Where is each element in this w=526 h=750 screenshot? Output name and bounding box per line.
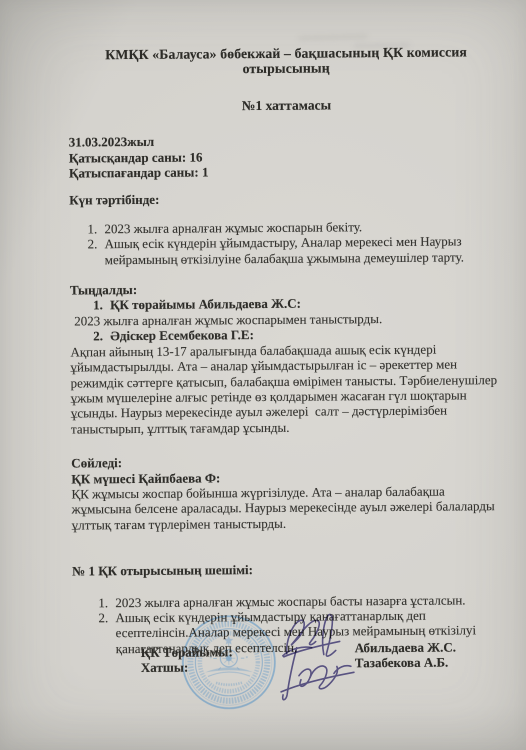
list-number: 2. <box>87 236 104 267</box>
heard-section: Тыңдалды: 1. ҚК төрайымы Абильдаева Ж.С:… <box>70 279 507 436</box>
secretary-label: Хатшы: <box>141 660 189 676</box>
speaker-statement-paragraph: ҚК жұмысы жоспар бойынша жүргізілуде. Ат… <box>71 483 507 533</box>
speaker-title: Әдіскер Есембекова Г.Е: <box>110 327 254 344</box>
secretary-name: Тазабекова А.Б. <box>355 655 449 672</box>
meta-block: 31.03.2023жыл Қатысқандар саны: 16 Қатыс… <box>69 131 505 181</box>
decision-heading: № 1 ҚК отырысының шешімі: <box>72 560 508 579</box>
document-content: КМҚК «Балауса» бөбекжай – бақшасының ҚК … <box>68 44 509 657</box>
official-stamp <box>174 608 283 717</box>
text-line: таныстырып, ұлттық тағамдар ұсынды. <box>71 418 507 437</box>
chair-label: ҚК Төрайымы: <box>141 644 233 661</box>
scanned-document-photo: КМҚК «Балауса» бөбекжай – бақшасының ҚК … <box>0 0 526 750</box>
list-number: 2. <box>98 610 115 656</box>
text-line: мейрамының өткізілуіне балабақша ұжымына… <box>105 249 464 267</box>
spoke-section: Сөйледі: ҚК мүшесі Қайпбаева Ф: ҚК жұмыс… <box>71 452 508 532</box>
agenda-list: 1. 2023 жылға арналған жұмыс жоспарын бе… <box>87 218 505 268</box>
list-number: 2. <box>93 328 110 344</box>
agenda-heading: Күн тәртібінде: <box>69 190 505 209</box>
agenda-item: 2. Ашық есік күндерін ұйымдастыру, Анала… <box>87 233 505 267</box>
speaker-statement-paragraph: Ақпан айының 13-17 аралығында балабақшад… <box>70 341 507 437</box>
secretary-signature <box>278 638 357 705</box>
protocol-number: №1 хаттамасы <box>68 96 504 115</box>
list-number: 1. <box>87 221 104 237</box>
list-number: 1. <box>93 298 110 314</box>
document-page: КМҚК «Балауса» бөбекжай – бақшасының ҚК … <box>0 0 526 750</box>
text-line: ұлттық тағам түрлерімен таныстырды. <box>72 514 508 533</box>
absent-count-line: Қатыспағандар саны: 1 <box>69 162 505 181</box>
list-number: 1. <box>98 595 115 611</box>
document-title: КМҚК «Балауса» бөбекжай – бақшасының ҚК … <box>68 44 504 78</box>
speaker-title: ҚК төрайымы Абильдаева Ж.С: <box>110 296 301 313</box>
agenda-item-text: Ашық есік күндерін ұйымдастыру, Аналар м… <box>104 234 463 268</box>
